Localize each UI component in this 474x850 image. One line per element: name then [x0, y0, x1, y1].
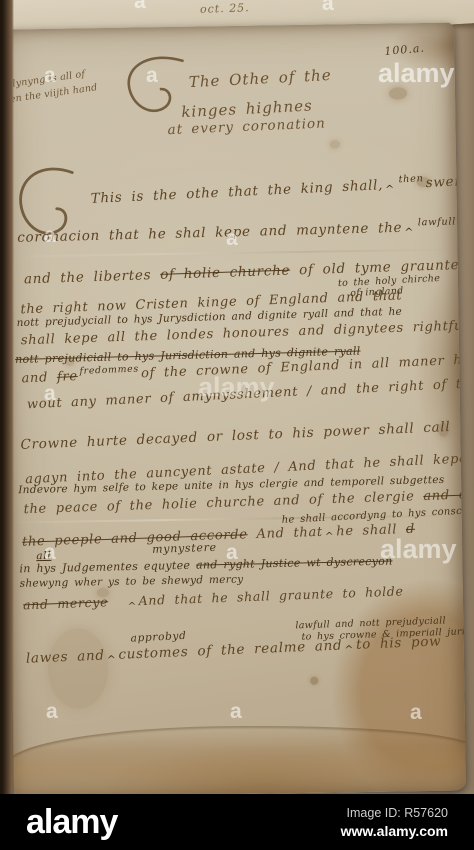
inserted-word: approbyd [130, 630, 187, 645]
left-gutter [0, 0, 14, 794]
alamy-footer-bar: alamy Image ID: R57620 www.alamy.com [0, 794, 474, 850]
struck-text: of holie churche [160, 263, 290, 283]
manuscript-page: 100.a. …rlynyng is all of …en the viijth… [2, 22, 466, 797]
body-line: coronacion that he shal kepe and maynten… [17, 217, 466, 246]
alamy-url: www.alamy.com [341, 823, 448, 839]
inserted-word: then [398, 173, 423, 185]
image-id-text: Image ID: R57620 [341, 806, 448, 820]
caret-mark: ^ [344, 643, 354, 656]
struck-text: and of [423, 487, 466, 504]
struck-text: fre [57, 369, 78, 385]
inserted-word: fredommes [79, 364, 139, 377]
struck-text: and ryght Justice wt dyscrecyon [196, 555, 393, 572]
body-line: This is the othe that the king shall,^th… [90, 171, 466, 207]
caret-mark: ^ [325, 530, 335, 542]
body-line: Crowne hurte decayed or lost to his powe… [20, 419, 450, 453]
bottom-stain [7, 722, 466, 797]
inserted-word: mynystere [152, 541, 217, 556]
inserted-word: lawfull [418, 217, 456, 229]
caret-mark: ^ [404, 225, 414, 238]
body-line: in hys Judgementes equytee and ryght Jus… [19, 555, 392, 576]
title-line-1: The Othe of the [188, 66, 332, 91]
image-meta: Image ID: R57620 www.alamy.com [341, 806, 448, 839]
alamy-logo: alamy [26, 805, 117, 839]
stain-spot [330, 140, 340, 148]
stain-spot [47, 628, 108, 709]
body-line: the peeple and good accorde And that^he … [22, 522, 415, 550]
paper-crease [6, 248, 458, 257]
caret-mark: ^ [107, 653, 117, 666]
folio-number: 100.a. [384, 42, 426, 58]
margin-note: …rlynyng is all of …en the viijth hand [2, 66, 98, 109]
caret-mark: ^ [385, 182, 395, 195]
inserted-word: all [36, 550, 51, 562]
top-date-annotation: oct. 25. [200, 1, 250, 16]
struck-text: and mercye [23, 594, 109, 612]
struck-text: d [406, 522, 416, 537]
stain-spot [389, 87, 407, 99]
stain-spot [310, 677, 318, 685]
alamy-stock-photo: 100.a. …rlynyng is all of …en the viijth… [0, 0, 474, 850]
caret-mark: ^ [128, 601, 137, 612]
inserted-line: shewyng wher ys to be shewyd mercy [20, 573, 244, 589]
